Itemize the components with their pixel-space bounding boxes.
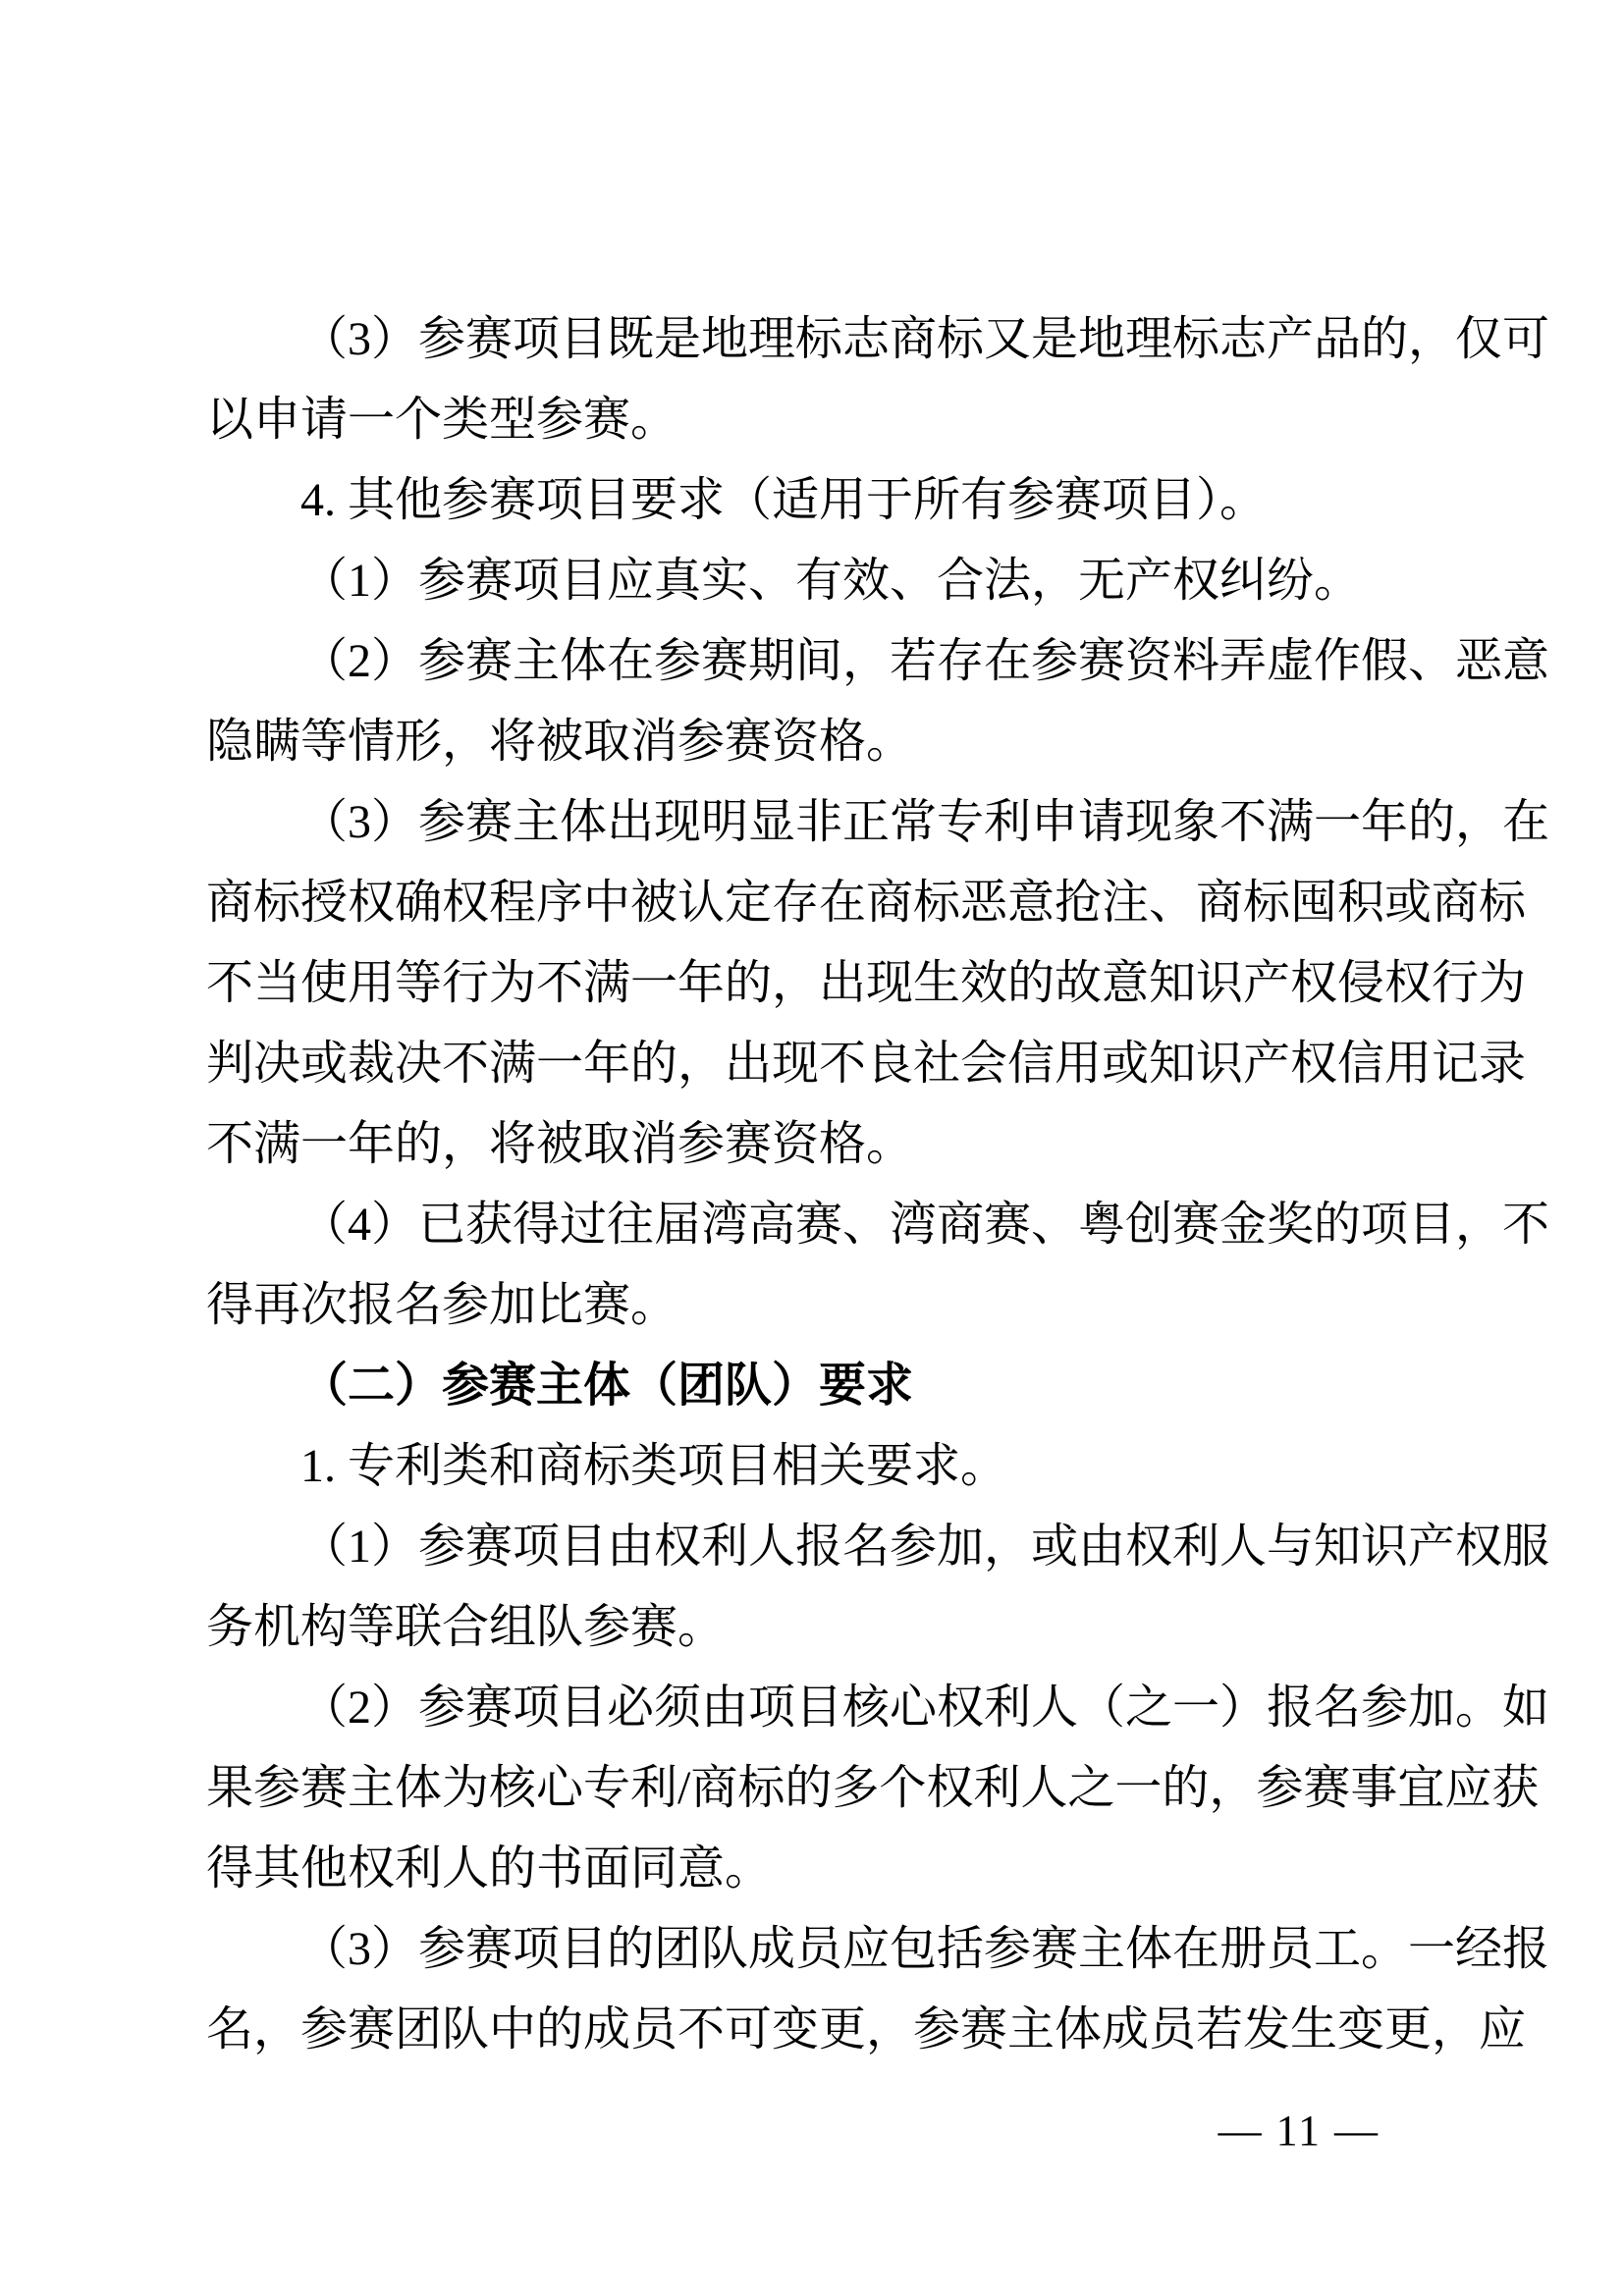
text-line: （3）参赛主体出现明显非正常专利申请现象不满一年的，在 — [206, 782, 1483, 863]
text-line: 不满一年的，将被取消参赛资格。 — [206, 1104, 1483, 1185]
text-line: 得其他权利人的书面同意。 — [206, 1829, 1483, 1909]
text-line: 隐瞒等情形，将被取消参赛资格。 — [206, 702, 1483, 782]
text-line: （4）已获得过往届湾高赛、湾商赛、粤创赛金奖的项目，不 — [206, 1185, 1483, 1265]
document-body: （3）参赛项目既是地理标志商标又是地理标志产品的，仅可 以申请一个类型参赛。 4… — [206, 299, 1483, 2161]
text-line: 务机构等联合组队参赛。 — [206, 1587, 1483, 1668]
text-line: （2）参赛项目必须由项目核心权利人（之一）报名参加。如 — [206, 1668, 1483, 1748]
text-line: 不当使用等行为不满一年的，出现生效的故意知识产权侵权行为 — [206, 943, 1483, 1024]
text-line: （1）参赛项目由权利人报名参加，或由权利人与知识产权服 — [206, 1507, 1483, 1587]
text-line: 得再次报名参加比赛。 — [206, 1265, 1483, 1346]
text-line: 1. 专利类和商标类项目相关要求。 — [206, 1426, 1483, 1507]
page-number: — 11 — — [206, 2102, 1483, 2161]
text-line: 名，参赛团队中的成员不可变更，参赛主体成员若发生变更，应 — [206, 1990, 1483, 2070]
section-heading: （二）参赛主体（团队）要求 — [206, 1346, 1483, 1426]
text-line: 4. 其他参赛项目要求（适用于所有参赛项目）。 — [206, 460, 1483, 541]
text-line: （1）参赛项目应真实、有效、合法，无产权纠纷。 — [206, 541, 1483, 621]
text-line: （3）参赛项目既是地理标志商标又是地理标志产品的，仅可 — [206, 299, 1483, 380]
text-line: 果参赛主体为核心专利/商标的多个权利人之一的，参赛事宜应获 — [206, 1748, 1483, 1829]
text-line: （3）参赛项目的团队成员应包括参赛主体在册员工。一经报 — [206, 1909, 1483, 1990]
text-line: 判决或裁决不满一年的，出现不良社会信用或知识产权信用记录 — [206, 1024, 1483, 1104]
text-line: 以申请一个类型参赛。 — [206, 380, 1483, 460]
text-line: （2）参赛主体在参赛期间，若存在参赛资料弄虚作假、恶意 — [206, 621, 1483, 702]
document-page: （3）参赛项目既是地理标志商标又是地理标志产品的，仅可 以申请一个类型参赛。 4… — [0, 0, 1624, 2296]
text-line: 商标授权确权程序中被认定存在商标恶意抢注、商标囤积或商标 — [206, 863, 1483, 943]
